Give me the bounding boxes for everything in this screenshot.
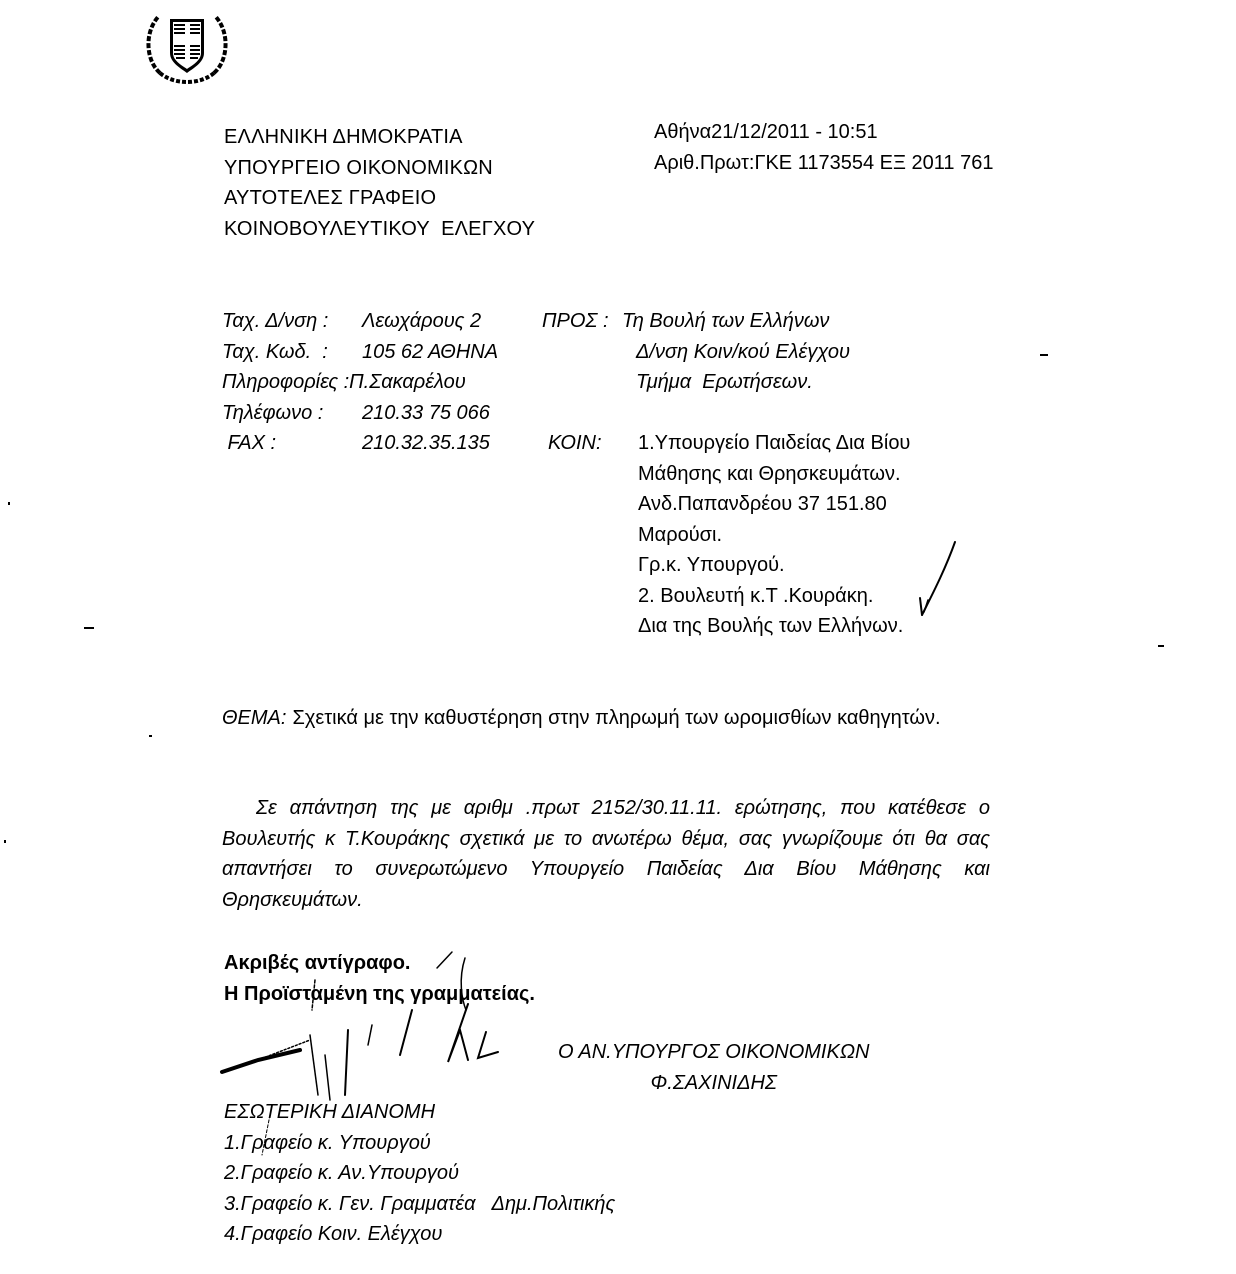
distribution-item: 3.Γραφείο κ. Γεν. Γραμματέα Δημ.Πολιτική… bbox=[224, 1189, 615, 1220]
signer-block: Ο ΑΝ.ΥΠΟΥΡΓΟΣ ΟΙΚΟΝΟΜΙΚΩΝ Φ.ΣΑΧΙΝΙΔΗΣ bbox=[558, 1037, 869, 1098]
place-date: Αθήνα21/12/2011 - 10:51 bbox=[654, 117, 993, 148]
contact-value: 105 62 ΑΘΗΝΑ bbox=[362, 337, 498, 368]
signer-name: Φ.ΣΑΧΙΝΙΔΗΣ bbox=[558, 1068, 869, 1099]
recipient-line: Τη Βουλή των Ελλήνων bbox=[622, 310, 829, 332]
certified-copy-line: Η Προϊσταμένη της γραμματείας. bbox=[224, 979, 535, 1010]
recipient-line: Δ/νση Κοιν/κού Ελέγχου bbox=[542, 337, 850, 368]
recipient-block: ΠΡΟΣ :Τη Βουλή των Ελλήνων Δ/νση Κοιν/κο… bbox=[542, 306, 850, 398]
letterhead-line: ΥΠΟΥΡΓΕΙΟ ΟΙΚΟΝΟΜΙΚΩΝ bbox=[224, 153, 535, 184]
contact-value: 210.32.35.135 bbox=[362, 428, 490, 459]
recipient-label: ΠΡΟΣ : bbox=[542, 306, 622, 337]
cc-label: ΚΟΙΝ: bbox=[548, 428, 602, 459]
contact-label: Πληροφορίες :Π.Σακαρέλου bbox=[222, 367, 362, 398]
greek-coat-of-arms-icon bbox=[140, 3, 234, 89]
signer-title: Ο ΑΝ.ΥΠΟΥΡΓΟΣ ΟΙΚΟΝΟΜΙΚΩΝ bbox=[558, 1037, 869, 1068]
distribution-item: 2.Γραφείο κ. Αν.Υπουργού bbox=[224, 1158, 615, 1189]
protocol-number: Αριθ.Πρωτ:ΓΚΕ 1173554 ΕΞ 2011 761 bbox=[654, 148, 993, 179]
cc-line: 1.Υπουργείο Παιδείας Δια Βίου bbox=[638, 428, 910, 459]
distribution-item: 4.Γραφείο Κοιν. Ελέγχου bbox=[224, 1219, 615, 1250]
cc-line: Γρ.κ. Υπουργού. bbox=[638, 550, 910, 581]
cc-line: Ανδ.Παπανδρέου 37 151.80 bbox=[638, 489, 910, 520]
cc-line: 2. Βουλευτή κ.Τ .Κουράκη. bbox=[638, 581, 910, 612]
contact-label: FAX : bbox=[222, 428, 362, 459]
certified-copy-line: Ακριβές αντίγραφο. bbox=[224, 948, 535, 979]
contact-label: Ταχ. Δ/νση : bbox=[222, 306, 362, 337]
subject: ΘΕΜΑ:Σχετικά με την καθυστέρηση στην πλη… bbox=[222, 703, 990, 734]
contact-label: Ταχ. Κωδ. : bbox=[222, 337, 362, 368]
cc-line: Μαρούσι. bbox=[638, 520, 910, 551]
dateline: Αθήνα21/12/2011 - 10:51 Αριθ.Πρωτ:ΓΚΕ 11… bbox=[654, 117, 993, 178]
letterhead: ΕΛΛΗΝΙΚΗ ΔΗΜΟΚΡΑΤΙΑ ΥΠΟΥΡΓΕΙΟ ΟΙΚΟΝΟΜΙΚΩ… bbox=[224, 122, 535, 244]
internal-distribution: ΕΣΩΤΕΡΙΚΗ ΔΙΑΝΟΜΗ 1.Γραφείο κ. Υπουργού … bbox=[224, 1097, 615, 1250]
letterhead-line: ΕΛΛΗΝΙΚΗ ΔΗΜΟΚΡΑΤΙΑ bbox=[224, 122, 535, 153]
contact-label: Τηλέφωνο : bbox=[222, 398, 362, 429]
recipient-line: Τμήμα Ερωτήσεων. bbox=[542, 367, 850, 398]
contact-block: Ταχ. Δ/νση :Λεωχάρους 2 Ταχ. Κωδ. :105 6… bbox=[222, 306, 362, 459]
certified-copy: Ακριβές αντίγραφο. Η Προϊσταμένη της γρα… bbox=[224, 948, 535, 1009]
contact-value: Λεωχάρους 2 bbox=[362, 306, 481, 337]
distribution-heading: ΕΣΩΤΕΡΙΚΗ ΔΙΑΝΟΜΗ bbox=[224, 1097, 615, 1128]
subject-label: ΘΕΜΑ: bbox=[222, 707, 286, 729]
contact-value: 210.33 75 066 bbox=[362, 398, 490, 429]
body-paragraph: Σε απάντηση της με αριθμ .πρωτ 2152/30.1… bbox=[222, 793, 990, 915]
letterhead-line: ΑΥΤΟΤΕΛΕΣ ΓΡΑΦΕΙΟ bbox=[224, 183, 535, 214]
distribution-item: 1.Γραφείο κ. Υπουργού bbox=[224, 1128, 615, 1159]
cc-line: Δια της Βουλής των Ελλήνων. bbox=[638, 611, 910, 642]
letterhead-line: ΚΟΙΝΟΒΟΥΛΕΥΤΙΚΟΥ ΕΛΕΓΧΟΥ bbox=[224, 214, 535, 245]
cc-line: Μάθησης και Θρησκευμάτων. bbox=[638, 459, 910, 490]
subject-text: Σχετικά με την καθυστέρηση στην πληρωμή … bbox=[292, 707, 940, 729]
